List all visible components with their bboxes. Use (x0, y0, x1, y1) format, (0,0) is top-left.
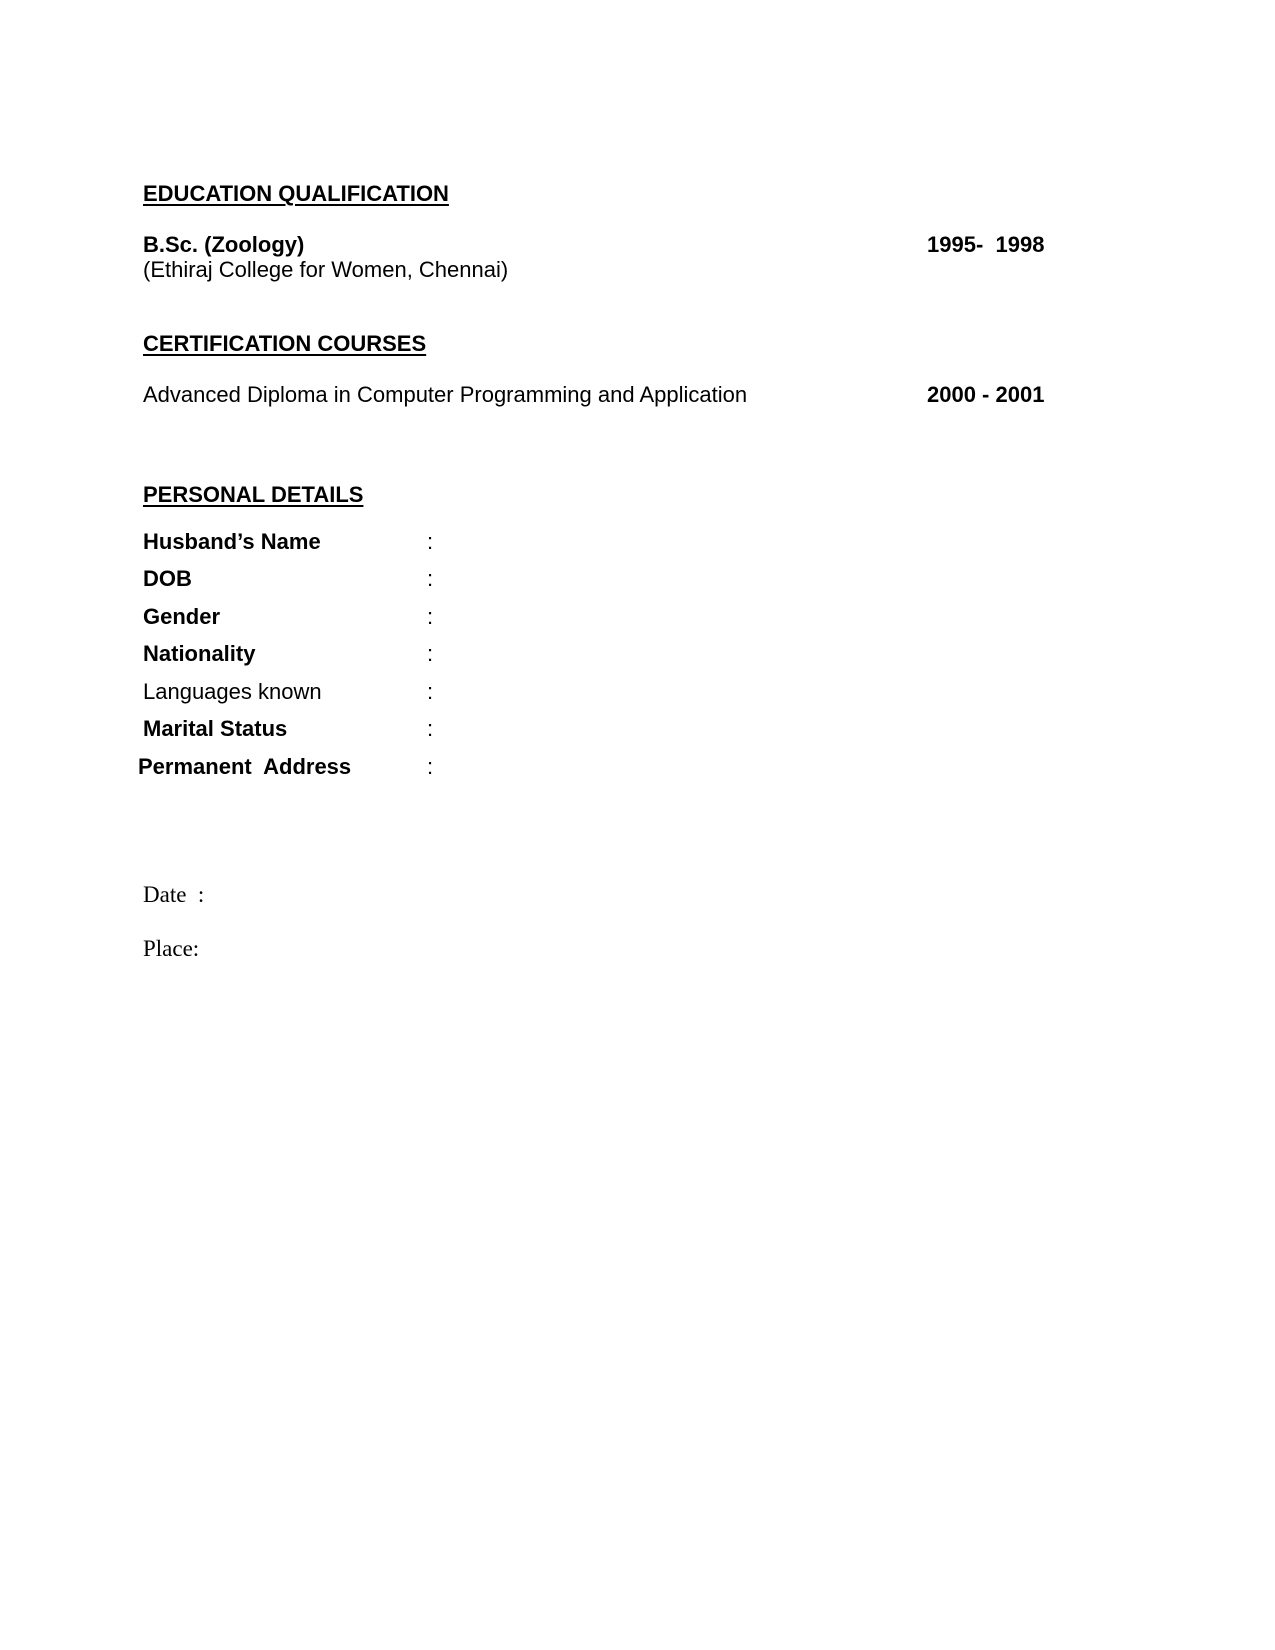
field-label-gender: Gender (143, 604, 220, 630)
field-label-permanent-address: Permanent Address (138, 754, 351, 780)
field-separator: : (427, 529, 433, 555)
certification-heading: CERTIFICATION COURSES (143, 331, 426, 357)
field-separator: : (427, 754, 433, 780)
education-heading: EDUCATION QUALIFICATION (143, 181, 449, 207)
field-separator: : (427, 641, 433, 667)
course-years: 2000 - 2001 (927, 382, 1044, 408)
field-separator: : (427, 566, 433, 592)
field-separator: : (427, 716, 433, 742)
personal-heading: PERSONAL DETAILS (143, 482, 363, 508)
date-label: Date : (143, 882, 204, 908)
field-label-husband-name: Husband’s Name (143, 529, 321, 555)
course-title: Advanced Diploma in Computer Programming… (143, 382, 747, 408)
field-separator: : (427, 679, 433, 705)
field-label-marital-status: Marital Status (143, 716, 287, 742)
field-separator: : (427, 604, 433, 630)
degree-years: 1995- 1998 (927, 232, 1044, 258)
field-label-dob: DOB (143, 566, 192, 592)
field-label-nationality: Nationality (143, 641, 255, 667)
place-label: Place: (143, 936, 199, 962)
field-label-languages: Languages known (143, 679, 322, 705)
degree-title: B.Sc. (Zoology) (143, 232, 304, 258)
institution-name: (Ethiraj College for Women, Chennai) (143, 257, 508, 283)
